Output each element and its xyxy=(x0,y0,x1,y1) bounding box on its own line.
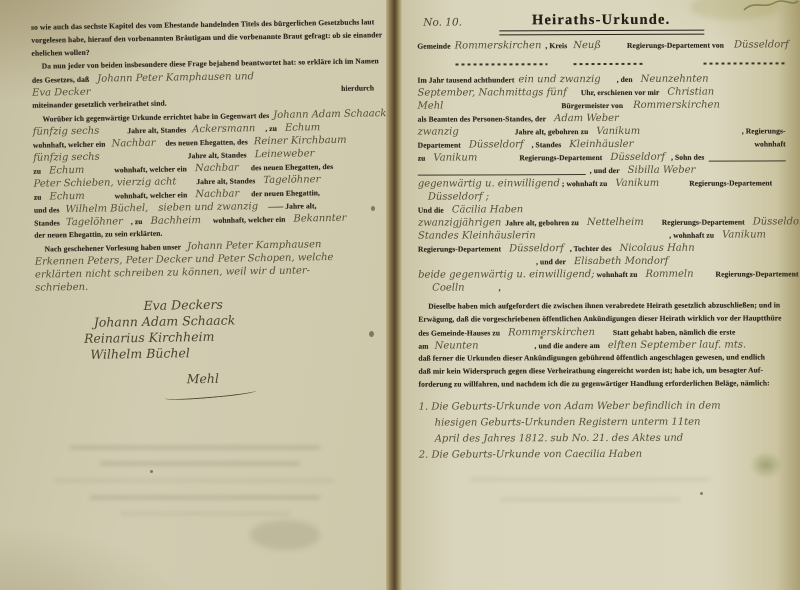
handwritten-text: Vanikum xyxy=(615,178,659,189)
handwritten-text: Sibilla Weber xyxy=(628,165,696,176)
handwritten-text: zwanzig xyxy=(418,126,459,137)
handwritten-text: Eva Decker xyxy=(32,87,91,99)
handwritten-text: elften September lauf. mts. xyxy=(608,339,746,350)
document-line: Standes Kleinhäuslerin, wohnhaft zuVanik… xyxy=(418,229,786,243)
printed-text: Und die xyxy=(418,206,444,215)
handwritten-text: fünfzig sechs xyxy=(33,126,100,138)
blank-dashes xyxy=(703,62,785,64)
document-line: Und dieCäcilia Haben xyxy=(418,203,786,217)
printed-text: Im Jahr tausend achthundert xyxy=(417,75,514,84)
printed-text: zu xyxy=(33,167,41,176)
blank-rule xyxy=(418,174,586,176)
printed-text: daß ferner die Urkunden dieser Ankündigu… xyxy=(418,352,765,362)
printed-text: , und der xyxy=(536,257,566,266)
printed-text: Jahre alt, gebohren zu xyxy=(505,218,579,227)
printed-text: , xyxy=(499,283,501,292)
handwritten-text: Christian xyxy=(667,87,714,98)
handwritten-text: Düsseldorf ; xyxy=(428,191,489,202)
handwritten-text: Rommerskirchen xyxy=(633,100,720,111)
handwritten-text: Eva Deckers xyxy=(143,297,223,313)
document-line: MehlBürgermeister vonRommerskirchen xyxy=(418,99,786,113)
printed-text: des Gemeinde-Hauses zu xyxy=(418,328,500,337)
printed-text: Jahre alt, Standes xyxy=(127,125,186,135)
handwritten-text: Düsseldorf xyxy=(734,39,789,50)
document-line: des Gemeinde-Hauses zuRommerskirchenStat… xyxy=(418,326,786,340)
document-line: daß mir kein Widerspruch gegen diese Ver… xyxy=(418,365,786,379)
right-page-text: No. 10. Heiraths-Urkunde. GemeindeRommer… xyxy=(417,11,787,462)
handwritten-text: Düsseldorf xyxy=(753,216,800,227)
handwritten-text: gegenwärtig u. einwilligend xyxy=(418,178,560,189)
document-line: Dieselbe haben mich aufgefordert die zwi… xyxy=(418,300,786,314)
printed-text: Bürgermeister von xyxy=(561,101,623,110)
handwritten-text: Reinarius Kirchheim xyxy=(84,329,215,346)
printed-text: , den xyxy=(617,75,633,84)
title-double-rule xyxy=(499,30,704,35)
printed-text: wohnhaft, welcher ein xyxy=(33,140,106,150)
handwritten-text: Nicolaus Hahn xyxy=(620,243,695,254)
printed-text: Departement xyxy=(418,140,461,149)
handwritten-text: Cäcilia Haben xyxy=(452,204,523,215)
printed-text xyxy=(784,230,786,239)
handwritten-text: zwanzigjährigen xyxy=(418,217,501,228)
open-register-book: so wie auch das sechste Kapitel des vom … xyxy=(0,0,800,590)
handwritten-text: Neunten xyxy=(435,340,479,351)
handwritten-text: Neunzehnten xyxy=(641,74,709,85)
handwritten-text: Wilhelm Büchel xyxy=(90,345,190,362)
printed-text: Standes xyxy=(34,218,60,227)
document-line: forderung zu willfahren, und nachdem ich… xyxy=(418,378,786,392)
handwritten-text: April des Jahres 1812. sub No. 21. des A… xyxy=(435,433,684,445)
document-line: Im Jahr tausend achthundertein und zwanz… xyxy=(417,73,785,87)
printed-text: forderung zu willfahren, und nachdem ich… xyxy=(418,378,769,388)
handwritten-text: hiesigen Geburts-Urkunden Registern unte… xyxy=(435,417,701,429)
printed-text: , zu xyxy=(131,217,143,226)
handwritten-text: Standes Kleinhäuslerin xyxy=(418,230,536,241)
printed-text: wohnhaft zu xyxy=(597,270,638,279)
document-line: gegenwärtig u. einwilligend; wohnhaft zu… xyxy=(418,177,786,191)
handwritten-text: Vanikum xyxy=(596,126,640,137)
document-line: beide gegenwärtig u. einwilligend;wohnha… xyxy=(418,268,786,282)
document-line: 2. Die Geburts-Urkunde von Caecilia Habe… xyxy=(419,448,787,462)
printed-text: Regierungs-Departement xyxy=(418,244,501,253)
printed-text: der neuen Ehegattin, xyxy=(251,188,320,198)
handwritten-text: Düsseldorf xyxy=(509,243,564,254)
handwritten-text: Ackersmann xyxy=(192,123,255,135)
document-line: Coelln, xyxy=(418,281,786,295)
handwritten-text: Peter Schieben, vierzig acht xyxy=(33,176,176,189)
handwritten-text: Bekannter xyxy=(293,213,346,225)
document-line: zwanzigJahre alt, gebohren zuVanikum, Re… xyxy=(418,125,786,139)
printed-text: Erwägung, daß die vorgeschriebenen öffen… xyxy=(418,313,781,323)
handwritten-text: Bachheim xyxy=(150,215,201,227)
record-header: No. 10. Heiraths-Urkunde. xyxy=(417,11,785,36)
handwritten-text: Tagelöhner xyxy=(66,216,123,228)
printed-text: , und die andere am xyxy=(535,341,600,350)
printed-text: Nach geschehener Vorlesung haben unser xyxy=(45,242,182,253)
handwritten-text: Nettelheim xyxy=(587,217,644,228)
printed-text: ehelichen wollen? xyxy=(31,48,89,58)
document-line: 1. Die Geburts-Urkunde von Adam Weber be… xyxy=(419,400,787,414)
document-line: als Beamten des Personen-Standes, derAda… xyxy=(418,112,786,126)
document-line: DepartementDüsseldorf, StandesKleinhäusl… xyxy=(418,138,786,152)
handwritten-text: Coelln xyxy=(432,282,464,293)
document-line: , und derElisabeth Mondorf xyxy=(418,255,786,269)
handwritten-text: fünfzig sechs xyxy=(33,152,100,164)
printed-text: , Regierungs- xyxy=(742,126,786,135)
printed-text: des neuen Ehegatten, des xyxy=(165,137,248,147)
printed-text: wohnhaft, welcher ein xyxy=(115,190,188,200)
printed-text: Regierungs-Departement xyxy=(662,218,745,227)
printed-text: , Tochter des xyxy=(570,244,612,253)
printed-text: Regierungs-Departement xyxy=(689,178,772,187)
printed-text: hierdurch xyxy=(341,83,374,93)
handwritten-text: Echum xyxy=(49,165,84,177)
printed-text: Uhr, erschienen vor mir xyxy=(581,88,660,97)
handwritten-text: Echum xyxy=(285,122,320,134)
handwritten-text: Johann Adam Schaack xyxy=(94,313,236,330)
handwritten-text: Nachbar xyxy=(195,162,239,174)
printed-text: , und der xyxy=(590,166,620,175)
handwritten-text: Elisabeth Mondorf xyxy=(574,256,668,267)
printed-text: —— Jahre alt, xyxy=(268,201,317,211)
printed-text: wohnhaft, welcher ein xyxy=(114,164,187,174)
document-line: zwanzigjährigenJahre alt, gebohren zuNet… xyxy=(418,216,786,230)
handwritten-text: beide gegenwärtig u. einwilligend; xyxy=(418,269,594,281)
handwritten-text: Johann Peter Kamphausen und xyxy=(97,71,254,84)
printed-text: Statt gehabt haben, nämlich die erste xyxy=(613,328,735,337)
document-line: April des Jahres 1812. sub No. 21. des A… xyxy=(419,432,787,446)
document-line: GemeindeRommerskirchen, KreisNeußRegieru… xyxy=(417,39,785,53)
document-line: Düsseldorf ; xyxy=(418,190,786,204)
handwritten-text: Mehl xyxy=(418,101,444,112)
blank-rule xyxy=(708,160,785,161)
printed-text: , zu xyxy=(265,124,277,133)
printed-text: , Standes xyxy=(532,140,562,149)
printed-text: Dieselbe haben mich aufgefordert die zwi… xyxy=(428,300,780,310)
handwritten-text: Reiner Kirchbaum xyxy=(254,135,347,147)
handwritten-text: Nachbar xyxy=(111,138,155,150)
document-title: Heiraths-Urkunde. xyxy=(417,11,785,29)
handwritten-text: Vanikum xyxy=(722,229,766,240)
document-line: hiesigen Geburts-Urkunden Registern unte… xyxy=(419,416,787,430)
printed-text: ; wohnhaft zu xyxy=(562,179,608,188)
printed-text: Jahre alt, Standes xyxy=(188,150,247,160)
handwritten-text: Johann Adam Schaack xyxy=(273,108,386,121)
printed-text: Worüber ich gegenwärtige Urkunde erricht… xyxy=(42,111,269,124)
handwritten-text: 1. Die Geburts-Urkunde von Adam Weber be… xyxy=(419,401,721,413)
handwritten-text: Kleinhäusler xyxy=(569,139,633,150)
printed-text: am xyxy=(418,342,428,351)
handwritten-text: Düsseldorf xyxy=(610,152,665,163)
printed-text: Regierungs-Departement von xyxy=(627,41,724,50)
handwritten-text: sieben und zwanzig xyxy=(158,201,258,214)
printed-text: wohnhaft xyxy=(754,139,785,148)
document-line: amNeunten, und die andere amelften Septe… xyxy=(418,339,786,353)
printed-text: daß mir kein Widerspruch gegen diese Ver… xyxy=(418,365,763,375)
handwritten-text: September, Nachmittags fünf xyxy=(417,87,566,99)
printed-text: Regierungs-Departement xyxy=(716,269,799,278)
document-line: daß ferner die Urkunden dieser Ankündigu… xyxy=(418,352,786,366)
printed-text: des neuen Ehegatten, des xyxy=(251,162,334,172)
handwritten-text: Mehl xyxy=(187,371,219,387)
handwritten-text: Düsseldorf xyxy=(469,139,524,150)
book-gutter-shadow xyxy=(386,0,402,590)
printed-text: , Kreis xyxy=(545,41,567,50)
handwritten-text: Wilhelm Büchel, xyxy=(65,203,148,215)
printed-text: als Beamten des Personen-Standes, der xyxy=(418,114,547,123)
printed-text: der neuen Ehegattin, zu sein erklärten. xyxy=(34,229,162,240)
handwritten-text: Vanikum xyxy=(433,152,477,163)
document-line: , und derSibilla Weber xyxy=(418,164,786,178)
record-number: No. 10. xyxy=(423,16,462,28)
handwritten-text: schrieben. xyxy=(35,282,88,294)
blank-dashes xyxy=(573,63,645,65)
document-line xyxy=(417,53,785,67)
handwritten-text: Rommerskirchen xyxy=(508,327,595,338)
left-page-text: so wie auch das sechste Kapitel des vom … xyxy=(31,17,379,402)
printed-text: wohnhaft, welcher ein xyxy=(213,215,286,225)
handwritten-text: ein und zwanzig xyxy=(518,74,600,85)
blank-dashes xyxy=(455,63,547,65)
printed-text: miteinander gesetzlich verheirathet sind… xyxy=(32,99,166,110)
printed-text: Regierungs-Departement xyxy=(519,153,602,162)
handwritten-text: Tagelöhner xyxy=(263,174,320,186)
document-line: zuVanikumRegierungs-DepartementDüsseldor… xyxy=(418,151,786,165)
handwritten-text: Leineweber xyxy=(255,148,315,160)
printed-text: Jahre alt, gebohren zu xyxy=(515,127,589,136)
document-line: September, Nachmittags fünfUhr, erschien… xyxy=(417,86,785,100)
handwritten-text: Adam Weber xyxy=(554,113,619,124)
printed-text: , Sohn des xyxy=(671,153,704,162)
handwritten-text: Nachbar xyxy=(195,188,239,200)
printed-text: zu xyxy=(418,154,426,163)
handwritten-text: Rommeln xyxy=(645,269,693,280)
printed-text: , wohnhaft zu xyxy=(669,231,714,240)
document-line: Regierungs-DepartementDüsseldorf, Tochte… xyxy=(418,242,786,256)
printed-text: zu xyxy=(34,193,42,202)
handwritten-text: Echum xyxy=(49,191,84,203)
printed-text: und des xyxy=(34,205,60,214)
handwritten-text: Neuß xyxy=(573,40,601,51)
printed-text: des Gesetzes, daß xyxy=(32,75,89,85)
right-page-body: GemeindeRommerskirchen, KreisNeußRegieru… xyxy=(417,39,786,462)
handwritten-text: Rommerskirchen xyxy=(455,40,542,51)
printed-text: Jahre alt, Standes xyxy=(196,176,255,186)
document-line: Erwägung, daß die vorgeschriebenen öffen… xyxy=(418,313,786,327)
handwritten-text: 2. Die Geburts-Urkunde von Caecilia Habe… xyxy=(419,449,642,461)
handwritten-text: Johann Peter Kamphausen xyxy=(187,239,321,252)
printed-text: Gemeinde xyxy=(417,42,450,51)
